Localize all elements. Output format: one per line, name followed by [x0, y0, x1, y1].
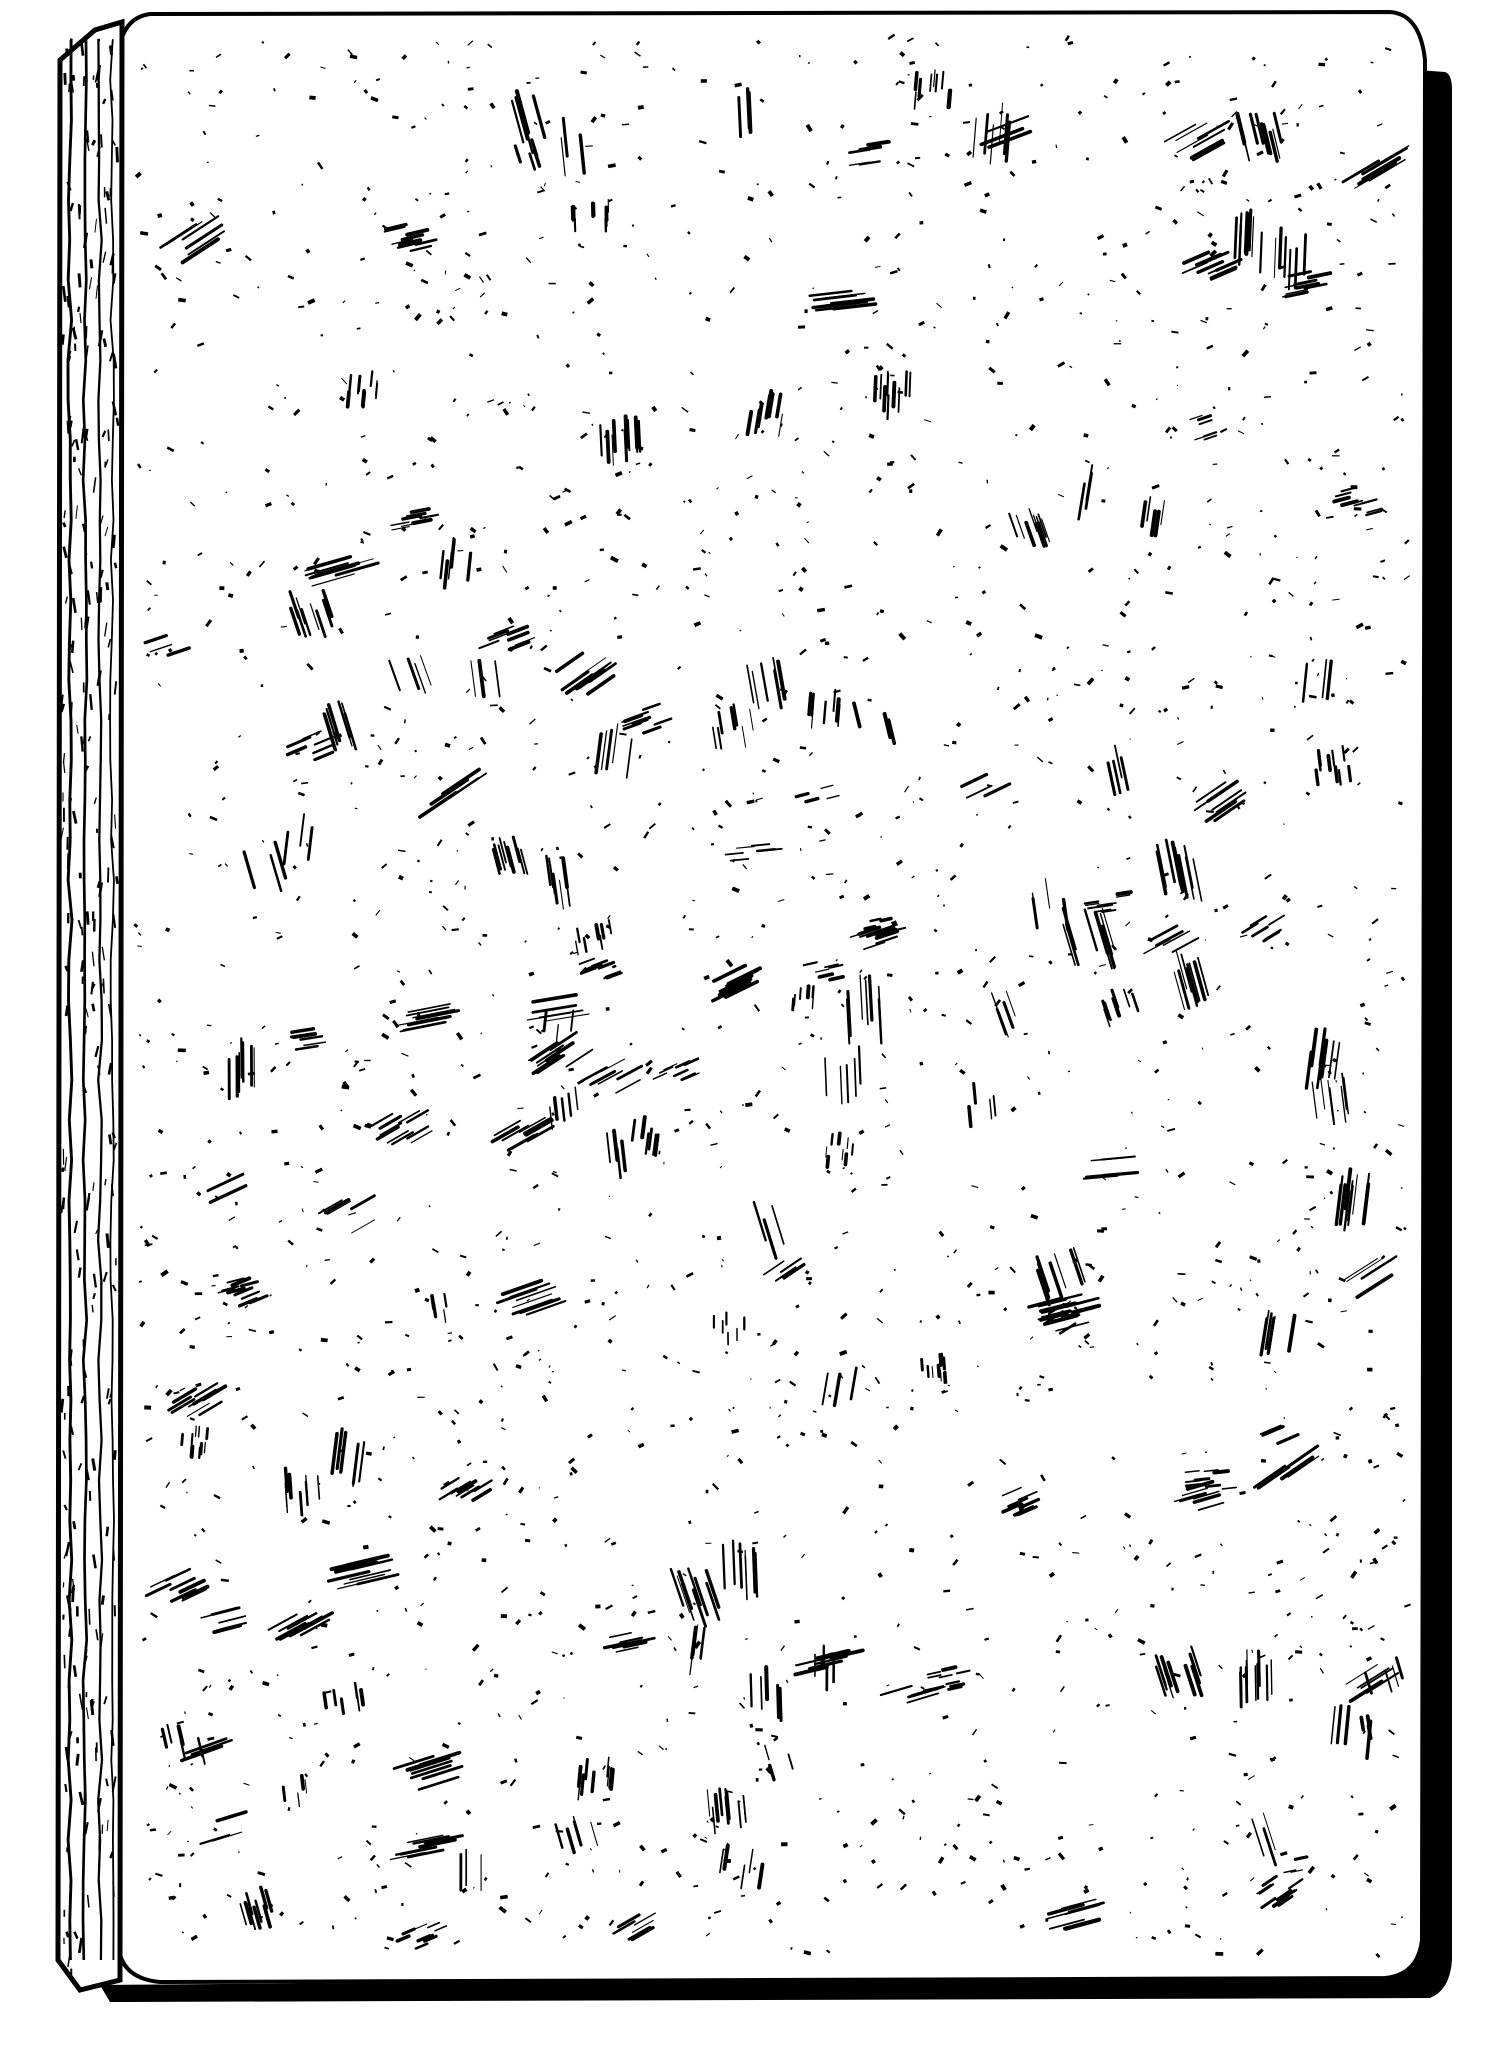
book-illustration [0, 0, 1496, 2048]
book-cover [118, 12, 1425, 1982]
book-spine [58, 22, 122, 1990]
